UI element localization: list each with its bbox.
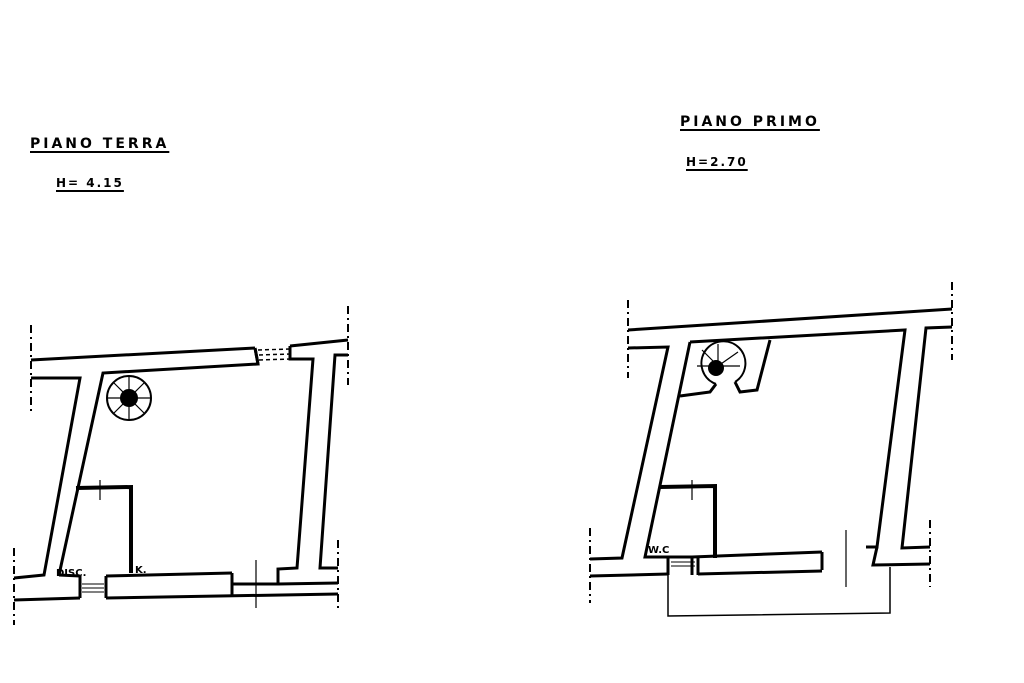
spiral-staircase-icon <box>697 341 745 384</box>
bathroom-wall <box>76 487 131 573</box>
room-label-k: K. <box>135 565 147 576</box>
bathroom-window <box>82 584 104 592</box>
first-floor-plan <box>590 282 952 616</box>
top-outer-wall <box>31 348 255 360</box>
room-label-disc: DISC. <box>56 568 86 579</box>
window-top <box>258 349 290 360</box>
room-label-wc: W.C <box>648 545 669 556</box>
spiral-staircase-icon <box>107 376 151 420</box>
